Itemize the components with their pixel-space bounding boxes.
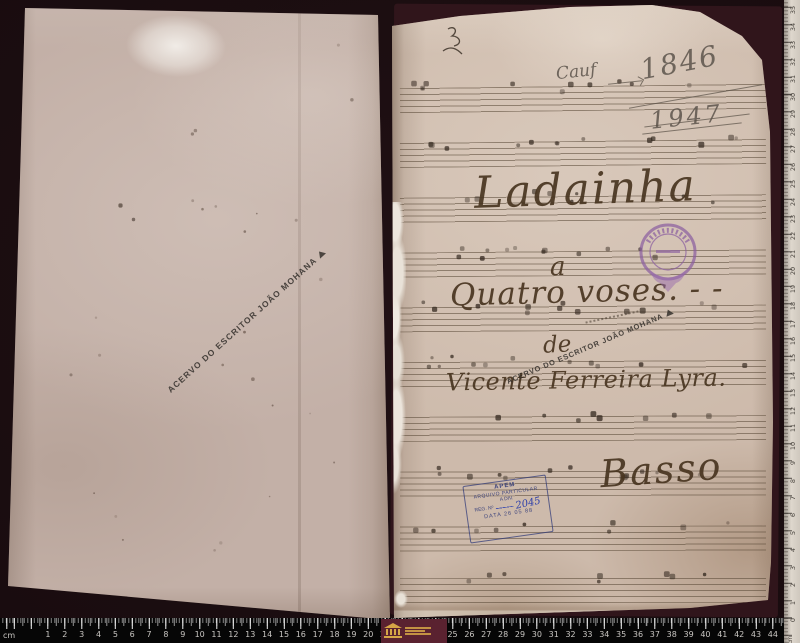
ruler-number: 5 xyxy=(107,630,124,639)
ruler-number: 7 xyxy=(141,630,158,639)
ruler-number: 9 xyxy=(789,461,797,465)
ruler-number: 43 xyxy=(748,630,765,639)
voice-part-label: Basso xyxy=(599,444,724,496)
ruler-number: 33 xyxy=(579,630,596,639)
ruler-number: 31 xyxy=(789,75,797,83)
ruler-number: 44 xyxy=(764,630,781,639)
ruler-number: 30 xyxy=(528,630,545,639)
pencil-inscription: Cauf xyxy=(555,60,597,84)
ruler-number: 22 xyxy=(789,232,797,240)
pencil-year: 1846 xyxy=(638,39,722,87)
ruler-number: 17 xyxy=(789,319,797,327)
archive-watermark xyxy=(381,619,447,643)
ruler-number: 33 xyxy=(789,40,797,48)
ruler-number: 6 xyxy=(124,630,141,639)
ruler-number: 12 xyxy=(789,407,797,415)
ruler-number: 30 xyxy=(789,93,797,101)
right-ruler-numbers: 3534333231302928272625242322212019181716… xyxy=(787,1,799,629)
building-icon xyxy=(384,623,402,639)
ruler-number: 16 xyxy=(789,337,797,345)
ruler-number: 18 xyxy=(326,630,343,639)
ruler-number: 23 xyxy=(789,215,797,223)
ruler-number: 14 xyxy=(259,630,276,639)
ruler-number: 32 xyxy=(789,58,797,66)
ruler-number: 4 xyxy=(90,630,107,639)
ruler-number: 11 xyxy=(789,424,797,432)
watermark-text-line xyxy=(405,630,425,632)
ruler-number: 15 xyxy=(789,354,797,362)
ruler-number: 8 xyxy=(789,478,797,482)
ruler-number: 10 xyxy=(789,442,797,450)
round-ink-stamp xyxy=(636,218,700,310)
ruler-number: 14 xyxy=(789,372,797,380)
right-ruler: 3534333231302928272625242322212019181716… xyxy=(784,0,800,643)
paper-bleach-spot xyxy=(125,13,227,78)
ruler-number: 39 xyxy=(680,630,697,639)
ruler-number: 34 xyxy=(789,23,797,31)
ruler-number: 34 xyxy=(596,630,613,639)
ruler-number: 13 xyxy=(789,389,797,397)
ruler-number: 19 xyxy=(343,630,360,639)
ruler-number: 17 xyxy=(309,630,326,639)
ruler-number: 24 xyxy=(789,197,797,205)
ruler-number: 37 xyxy=(646,630,663,639)
ruler-number: 13 xyxy=(242,630,259,639)
ruler-number: 26 xyxy=(789,163,797,171)
composer-name: Vicente Ferreira Lyra. xyxy=(446,364,727,397)
right-page: Cauf 1846 1947 Ladainha a Quatro voses. … xyxy=(390,2,776,618)
ruler-number: 0 xyxy=(789,618,797,622)
registry-stamp: APEM ARQUIVO PARTICULAR A DIV. REG. Nº 2… xyxy=(462,474,553,543)
stamp-end-triangle-icon xyxy=(316,249,326,259)
ruler-number: 18 xyxy=(789,302,797,310)
ruler-number: 2 xyxy=(789,583,797,587)
pencil-arrow-stroke xyxy=(608,80,642,85)
ruler-unit-label: cm xyxy=(788,636,794,643)
watermark-text-lines xyxy=(405,626,431,636)
watermark-text-line xyxy=(405,633,431,635)
ruler-number: 3 xyxy=(789,566,797,570)
foxing-speckles xyxy=(6,3,7,4)
ruler-number: 35 xyxy=(789,6,797,14)
music-stave xyxy=(400,526,766,552)
ruler-number: 25 xyxy=(789,180,797,188)
ruler-number: 1 xyxy=(40,630,57,639)
ink-scribble xyxy=(440,24,466,58)
ruler-number: 3 xyxy=(73,630,90,639)
ruler-number: 4 xyxy=(789,548,797,552)
ruler-number: 27 xyxy=(478,630,495,639)
ruler-number: 32 xyxy=(562,630,579,639)
ruler-number: 42 xyxy=(731,630,748,639)
ruler-number: 21 xyxy=(789,250,797,258)
ruler-number: 36 xyxy=(630,630,647,639)
ruler-number: 40 xyxy=(697,630,714,639)
ruler-number: 35 xyxy=(613,630,630,639)
ruler-number: 5 xyxy=(789,531,797,535)
page-crease xyxy=(298,3,301,621)
ruler-number: 31 xyxy=(545,630,562,639)
ruler-number: 11 xyxy=(208,630,225,639)
music-stave xyxy=(400,415,766,442)
provenance-stamp-text: ACERVO DO ESCRITOR JOÃO MOHANA xyxy=(165,255,318,395)
ruler-number: 20 xyxy=(789,267,797,275)
ruler-number: 10 xyxy=(191,630,208,639)
music-stave xyxy=(400,578,766,603)
watermark-text-line xyxy=(405,627,431,629)
ruler-number: 2 xyxy=(56,630,73,639)
ruler-number: 7 xyxy=(789,496,797,500)
ruler-number: 16 xyxy=(292,630,309,639)
ruler-number: 41 xyxy=(714,630,731,639)
ruler-unit-label: cm xyxy=(3,631,15,640)
manuscript-photo: ACERVO DO ESCRITOR JOÃO MOHANA Cauf 1846… xyxy=(0,0,800,643)
ruler-number: 15 xyxy=(276,630,293,639)
ruler-number: 27 xyxy=(789,145,797,153)
ruler-number: 9 xyxy=(174,630,191,639)
ruler-number: 8 xyxy=(158,630,175,639)
ruler-number: 29 xyxy=(512,630,529,639)
ruler-number: 19 xyxy=(789,285,797,293)
notehead-bleedthrough-dots xyxy=(390,2,391,3)
ruler-number: 38 xyxy=(663,630,680,639)
ruler-number: 26 xyxy=(461,630,478,639)
ruler-number: 28 xyxy=(789,128,797,136)
ruler-number: 1 xyxy=(789,601,797,605)
title-text: Ladainha xyxy=(473,160,697,219)
crossed-out-scribble xyxy=(495,504,513,510)
ruler-number: 20 xyxy=(360,630,377,639)
ruler-number: 29 xyxy=(789,110,797,118)
torn-gutter-edge xyxy=(394,590,408,608)
ruler-number: 6 xyxy=(789,513,797,517)
left-page: ACERVO DO ESCRITOR JOÃO MOHANA xyxy=(6,3,390,621)
ruler-number: 12 xyxy=(225,630,242,639)
ruler-number: 28 xyxy=(495,630,512,639)
